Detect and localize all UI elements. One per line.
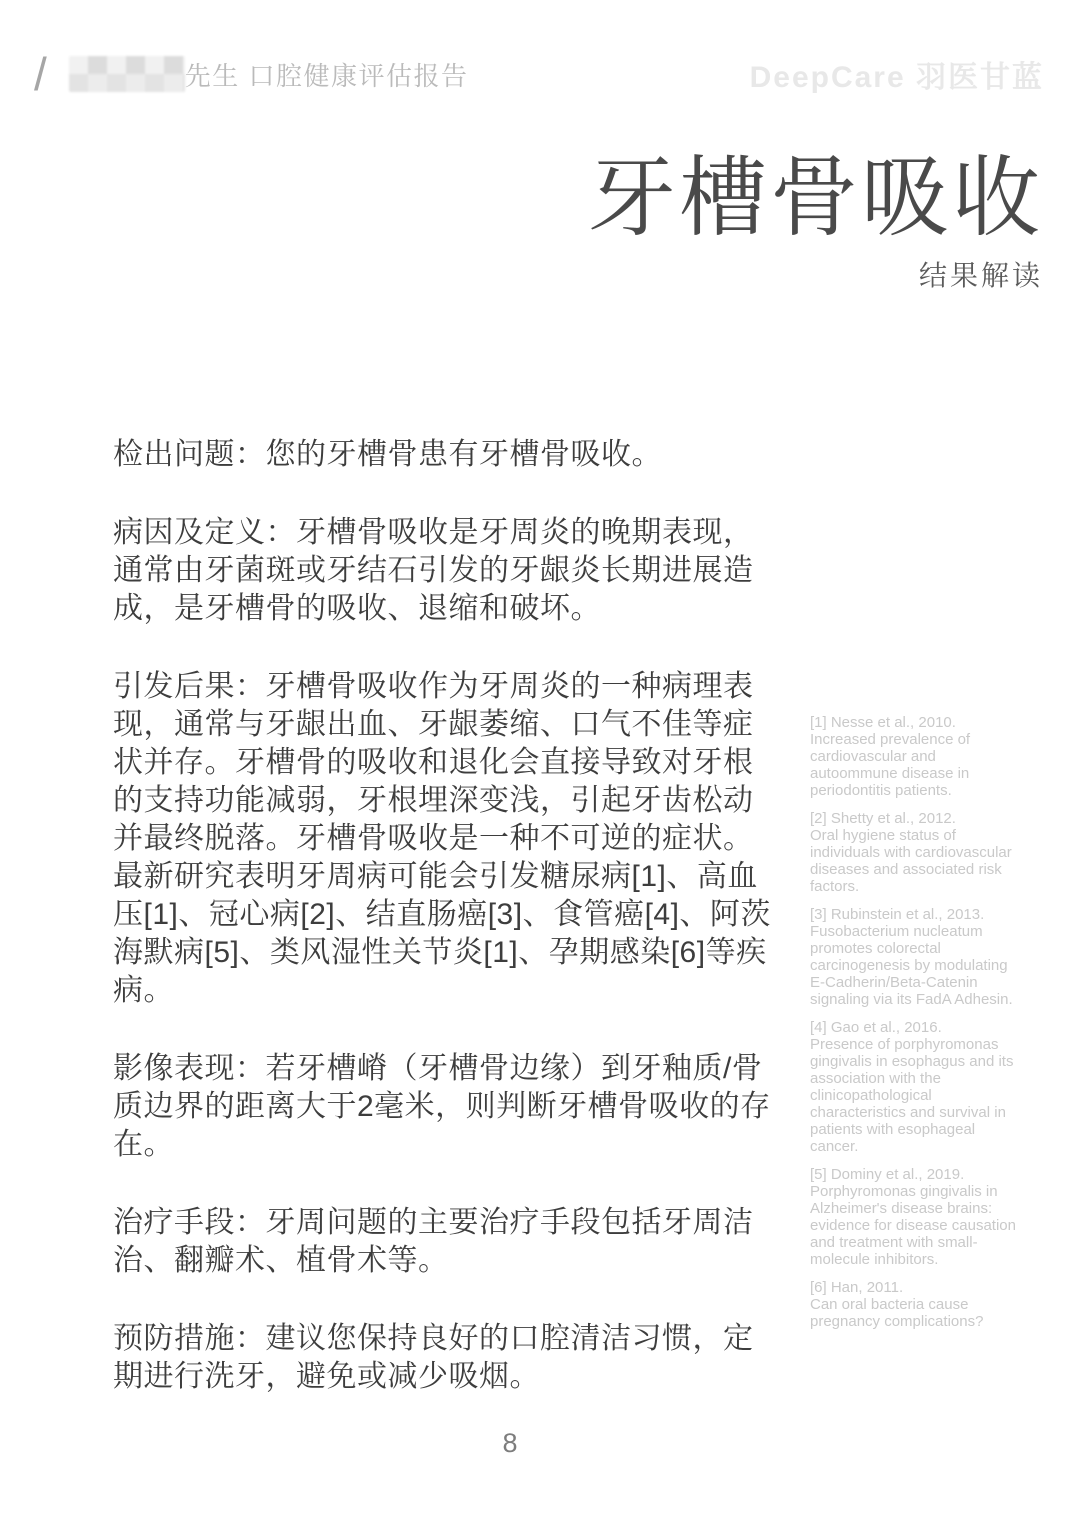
- paragraph-consequences: 引发后果：牙槽骨吸收作为牙周炎的一种病理表现，通常与牙龈出血、牙龈萎缩、口气不佳…: [113, 668, 781, 1010]
- deepcare-logo: DeepCare 羽医甘蓝: [750, 52, 1044, 96]
- reference-title: Increased prevalence of cardiovascular a…: [810, 731, 1024, 799]
- title-block: 牙槽骨吸收 结果解读: [588, 146, 1043, 294]
- page-title: 牙槽骨吸收: [588, 146, 1043, 250]
- reference-title: Oral hygiene status of individuals with …: [810, 827, 1024, 895]
- reference-citation: [4] Gao et al., 2016.: [810, 1019, 1024, 1036]
- report-page: / 先生 口腔健康评估报告 DeepCare 羽医甘蓝 牙槽骨吸收 结果解读 检…: [0, 0, 1080, 1528]
- reference-3: [3] Rubinstein et al., 2013. Fusobacteri…: [810, 906, 1024, 1008]
- page-number: 8: [0, 1428, 1020, 1459]
- references-sidebar: [1] Nesse et al., 2010. Increased preval…: [810, 714, 1024, 1341]
- redacted-patient-name: [69, 56, 185, 92]
- reference-6: [6] Han, 2011. Can oral bacteria cause p…: [810, 1279, 1024, 1330]
- paragraph-detected-problem: 检出问题：您的牙槽骨患有牙槽骨吸收。: [113, 436, 781, 474]
- reference-citation: [3] Rubinstein et al., 2013.: [810, 906, 1024, 923]
- reference-title: Presence of porphyromonas gingivalis in …: [810, 1036, 1024, 1155]
- reference-citation: [5] Dominy et al., 2019.: [810, 1166, 1024, 1183]
- reference-citation: [6] Han, 2011.: [810, 1279, 1024, 1296]
- reference-title: Porphyromonas gingivalis in Alzheimer's …: [810, 1183, 1024, 1268]
- paragraph-prevention: 预防措施：建议您保持良好的口腔清洁习惯，定期进行洗牙，避免或减少吸烟。: [113, 1320, 781, 1396]
- reference-2: [2] Shetty et al., 2012. Oral hygiene st…: [810, 810, 1024, 895]
- page-subtitle: 结果解读: [588, 254, 1043, 294]
- reference-4: [4] Gao et al., 2016. Presence of porphy…: [810, 1019, 1024, 1155]
- page-header: / 先生 口腔健康评估报告 DeepCare 羽医甘蓝: [34, 46, 1044, 102]
- reference-1: [1] Nesse et al., 2010. Increased preval…: [810, 714, 1024, 799]
- reference-citation: [1] Nesse et al., 2010.: [810, 714, 1024, 731]
- paragraph-imaging-findings: 影像表现：若牙槽嵴（牙槽骨边缘）到牙釉质/骨质边界的距离大于2毫米，则判断牙槽骨…: [113, 1050, 781, 1164]
- report-title-label: 先生 口腔健康评估报告: [185, 56, 469, 93]
- reference-5: [5] Dominy et al., 2019. Porphyromonas g…: [810, 1166, 1024, 1268]
- reference-citation: [2] Shetty et al., 2012.: [810, 810, 1024, 827]
- paragraph-cause-definition: 病因及定义：牙槽骨吸收是牙周炎的晚期表现，通常由牙菌斑或牙结石引发的牙龈炎长期进…: [113, 514, 781, 628]
- reference-title: Can oral bacteria cause pregnancy compli…: [810, 1296, 1024, 1330]
- paragraph-treatment: 治疗手段：牙周问题的主要治疗手段包括牙周洁治、翻瓣术、植骨术等。: [113, 1204, 781, 1280]
- slash-icon: /: [34, 46, 47, 102]
- report-body: 检出问题：您的牙槽骨患有牙槽骨吸收。 病因及定义：牙槽骨吸收是牙周炎的晚期表现，…: [113, 436, 781, 1436]
- reference-title: Fusobacterium nucleatum promotes colorec…: [810, 923, 1024, 1008]
